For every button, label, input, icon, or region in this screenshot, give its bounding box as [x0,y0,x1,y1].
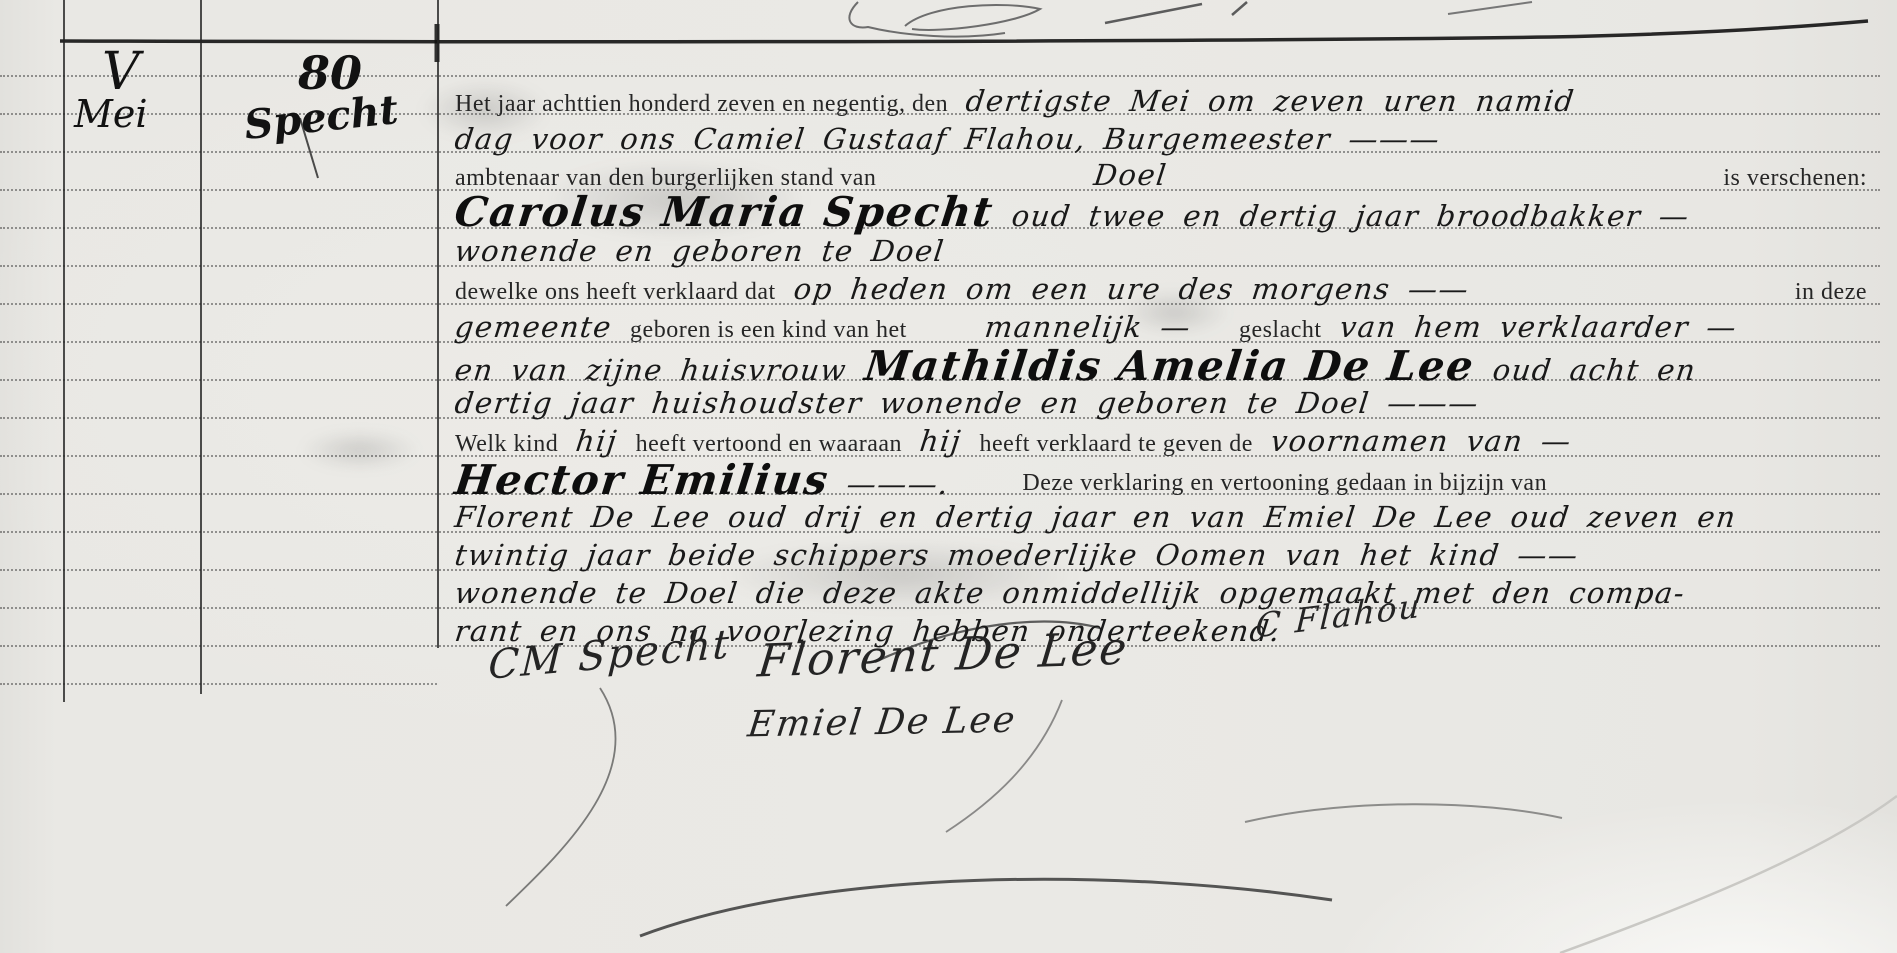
printed-text-segment: geboren is een kind van het [630,317,907,344]
printed-text-segment: geslacht [1239,317,1322,344]
handwritten-text-segment: dag voor ons Camiel Gustaaf Flahou, Burg… [453,122,1442,156]
column-rule [437,0,439,648]
handwritten-text-segment: en van zijne huisvrouw [453,353,849,387]
handwritten-text-segment: gemeente [453,310,614,344]
handwritten-text-segment: ———. [845,467,951,501]
column-rule [63,0,65,702]
signature-swoosh-icon [640,879,1332,936]
act-line: twintig jaar beide schippers moederlijke… [455,538,1867,572]
scanned-register-page: V Mei 80 Specht Het jaar achttien honder… [0,0,1897,953]
handwritten-text-segment: Doel [1092,158,1169,192]
ink-smudge [300,430,420,470]
handwritten-text-segment: mannelijk — [983,310,1193,344]
handwritten-text-segment: dertig jaar huishoudster wonende en gebo… [453,386,1481,420]
handwritten-text-segment: hij [918,424,964,458]
handwritten-text-segment: hij [574,424,620,458]
printed-text-segment: Het jaar achttien honderd zeven en negen… [455,91,948,118]
act-separator-rule [60,21,1868,42]
ruled-line [0,683,437,685]
printed-text-segment: Welk kind [455,431,558,458]
margin-month-name: Mei [74,92,148,136]
previous-signature-tail-icon [905,5,1040,30]
margin-act-name: Specht [242,86,400,149]
act-line: dertig jaar huishoudster wonende en gebo… [455,386,1867,420]
signature-witness2: Emiel De Lee [745,700,1018,746]
page-curl-edge [1560,796,1897,953]
act-line: Het jaar achttien honderd zeven en negen… [455,84,1867,118]
previous-signature-tail-icon [1232,2,1247,15]
handwritten-name-segment: Carolus Maria Specht [452,188,997,236]
printed-text-segment: Deze verklaring en vertooning gedaan in … [1022,470,1547,497]
stray-pen-line-icon [1245,804,1562,822]
printed-text-segment: heeft verklaard te geven de [980,431,1253,458]
act-line: wonende te Doel die deze akte onmiddelli… [455,576,1867,610]
handwritten-text-segment: op heden om een ure des morgens —— [792,272,1471,306]
previous-signature-tail-icon [1448,2,1532,14]
handwritten-text-segment: voornamen van — [1269,424,1574,458]
ruled-line [0,75,1880,77]
act-line: Carolus Maria Specht oud twee en dertig … [455,188,1867,236]
act-line: Hector Emilius ———. Deze verklaring en v… [455,456,1867,504]
column-rule [200,0,202,694]
act-line: Welk kind hij heeft vertoond en waaraan … [455,424,1867,458]
previous-signature-tail-icon [1105,4,1202,23]
handwritten-text-segment: wonende en geboren te Doel [453,234,947,268]
act-line: en van zijne huisvrouw Mathildis Amelia … [455,342,1867,390]
previous-signature-tail-icon [849,2,1005,37]
handwritten-text-segment: oud twee en dertig jaar broodbakker — [1010,199,1692,233]
act-line: gemeente geboren is een kind van het man… [455,310,1867,344]
act-line: Florent De Lee oud drij en dertig jaar e… [455,500,1867,534]
handwritten-text-segment: van hem verklaarder — [1337,310,1738,344]
act-line: dewelke ons heeft verklaard dat op heden… [455,272,1867,306]
printed-text-segment: dewelke ons heeft verklaard dat [455,279,776,306]
flourish-stroke-icon [506,688,616,906]
handwritten-text-segment: dertigste Mei om zeven uren namid [964,84,1577,118]
handwritten-text-segment: wonende te Doel die deze akte onmiddelli… [453,576,1687,610]
handwritten-text-segment: twintig jaar beide schippers moederlijke… [453,538,1581,572]
handwritten-name-segment: Hector Emilius [452,456,832,504]
handwritten-text-segment: Florent De Lee oud drij en dertig jaar e… [453,500,1739,534]
act-line: wonende en geboren te Doel [455,234,1867,268]
act-line: dag voor ons Camiel Gustaaf Flahou, Burg… [455,122,1867,156]
printed-text-segment: in deze [1795,279,1867,306]
handwritten-name-segment: Mathildis Amelia De Lee [862,342,1478,390]
handwritten-text-segment: oud acht en [1491,353,1699,387]
act-line: ambtenaar van den burgerlijken stand van… [455,158,1867,192]
printed-text-segment: heeft vertoond en waaraan [636,431,902,458]
